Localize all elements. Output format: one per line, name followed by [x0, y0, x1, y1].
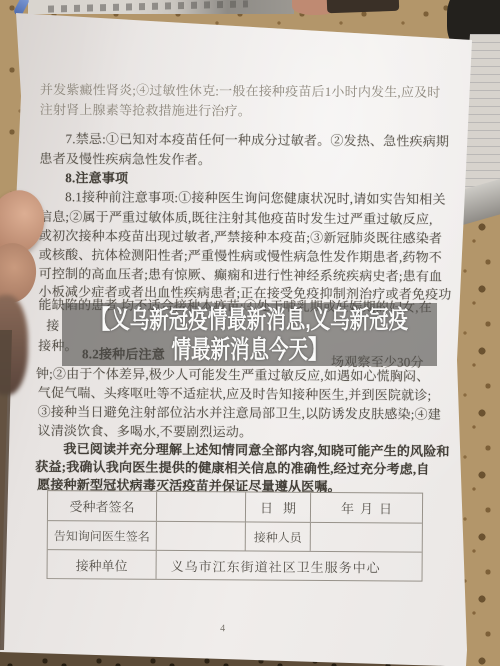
- table-cell-date-blank: 年月日: [311, 493, 422, 523]
- table-cell-unit-value: 义乌市江东街道社区卫生服务中心: [157, 551, 422, 581]
- section-heading: 8.注意事项: [65, 170, 128, 185]
- body-line: 并发紫癜性肾炎;④过敏性休克:一般在接种疫苗后1小时内发生,应及时: [40, 82, 441, 100]
- news-caption-text: 【义乌新冠疫情最新消息,义乌新冠疫 情最新消息今天】: [91, 305, 408, 365]
- body-line: 钟;②由于个体差异,极少人可能发生严重过敏反应,如遇如心慌胸闷、: [36, 366, 430, 384]
- news-caption-banner: 【义乌新冠疫情最新消息,义乌新冠疫 情最新消息今天】: [62, 303, 437, 366]
- table-cell-signature-blank: [157, 522, 246, 551]
- body-line: 信息;②属于严重过敏体质,既往注射其他疫苗时发生过严重过敏反应,: [39, 209, 433, 227]
- signature-table: 受种者签名 日期 年月日 告知询问医生签名 接种人员 接种单位 义乌市江东街道社…: [47, 490, 424, 582]
- body-line: 患者及慢性疾病急性发作者。: [39, 151, 211, 167]
- body-line: 或核酸、抗体检测阳性者;严重慢性病或慢性病急性发作期患者,药物不: [39, 247, 442, 265]
- body-line: ③接种当日避免注射部位沾水并注意局部卫生,以防诱发皮肤感染;④建: [38, 404, 441, 422]
- caption-line-1: 【义乌新冠疫情最新消息,义乌新冠疫: [91, 305, 408, 335]
- table-cell-doctor-signature-label: 告知询问医生签名: [48, 521, 157, 550]
- declaration-line: 我已阅读并充分理解上述知情同意全部内容,知晓可能产生的风险和: [63, 441, 449, 459]
- table-row: 告知询问医生签名 接种人员: [48, 521, 422, 553]
- body-line: 可控制的高血压者;患有惊厥、癫痫和进行性神经系统疾病史者;患有血: [39, 266, 443, 284]
- table-cell-unit-label: 接种单位: [48, 550, 157, 579]
- occluded-line-fragment: 接: [46, 318, 59, 333]
- background-paper: [28, 0, 294, 14]
- table-cell-recipient-signature-label: 受种者签名: [48, 491, 157, 521]
- body-line: 注射肾上腺素等抢救措施进行治疗。: [40, 102, 251, 118]
- body-line: 8.1接种前注意事项:①接种医生询问您健康状况时,请如实告知相关: [65, 189, 446, 207]
- body-line: 气促气喘、头疼呕吐等不适症状,应及时告知接种医生,并到医院就诊;: [38, 385, 432, 403]
- page-number: 4: [220, 623, 225, 634]
- table-cell-vaccinator-label: 接种人员: [246, 522, 311, 550]
- photo-of-vaccine-consent-form: 并发紫癜性肾炎;④过敏性休克:一般在接种疫苗后1小时内发生,应及时 注射肾上腺素…: [0, 0, 500, 666]
- body-line: 议清淡饮食、多喝水,不要剧烈运动。: [38, 423, 253, 439]
- table-row: 受种者签名 日期 年月日: [48, 491, 422, 524]
- body-line: 7.禁忌:①已知对本疫苗任何一种成分过敏者。②发热、急性疾病期: [66, 131, 450, 149]
- caption-line-2: 情最新消息今天】: [91, 335, 408, 365]
- table-row: 接种单位 义乌市江东街道社区卫生服务中心: [48, 550, 422, 581]
- table-cell-vaccinator-blank: [311, 523, 422, 552]
- body-line: 或初次接种本疫苗出现过敏者,严禁接种本疫苗;③新冠肺炎既往感染者: [39, 228, 442, 246]
- declaration-line: 获益;我确认我向医生提供的健康相关信息的准确性,经过充分考虑,自: [35, 459, 429, 477]
- table-cell-date-label: 日期: [246, 492, 311, 521]
- table-cell-signature-blank: [157, 492, 246, 522]
- background-paper-text: [48, 0, 248, 12]
